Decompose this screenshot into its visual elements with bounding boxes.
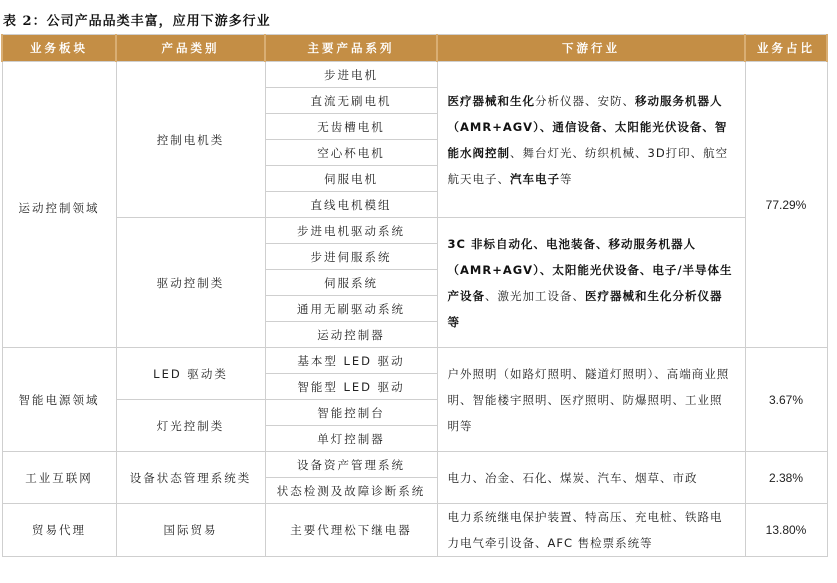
product-cell: 伺服系统	[265, 270, 437, 296]
downstream-cell: 医疗器械和生化分析仪器、安防、移动服务机器人（AMR+AGV）、通信设备、太阳能…	[437, 62, 745, 218]
product-cell: 步进电机	[265, 62, 437, 88]
table-row: 贸易代理 国际贸易 主要代理松下继电器 电力系统继电保护装置、特高压、充电桩、铁…	[2, 504, 827, 557]
segment-cell: 工业互联网	[2, 452, 116, 504]
downstream-cell: 户外照明（如路灯照明、隧道灯照明）、高端商业照明、智能楼宇照明、医疗照明、防爆照…	[437, 348, 745, 452]
product-cell: 步进伺服系统	[265, 244, 437, 270]
share-cell: 3.67%	[745, 348, 827, 452]
category-cell: 控制电机类	[116, 62, 265, 218]
downstream-cell: 电力系统继电保护装置、特高压、充电桩、铁路电力电气牵引设备、AFC 售检票系统等	[437, 504, 745, 557]
table-row: 智能电源领域 LED 驱动类 基本型 LED 驱动 户外照明（如路灯照明、隧道灯…	[2, 348, 827, 374]
table-row: 驱动控制类 步进电机驱动系统 3C 非标自动化、电池装备、移动服务机器人（AMR…	[2, 218, 827, 244]
category-cell: 驱动控制类	[116, 218, 265, 348]
category-cell: 国际贸易	[116, 504, 265, 557]
product-cell: 智能型 LED 驱动	[265, 374, 437, 400]
category-cell: 设备状态管理系统类	[116, 452, 265, 504]
table-title: 表 2：公司产品品类丰富，应用下游多行业	[3, 10, 271, 29]
table-row: 运动控制领域 控制电机类 步进电机 医疗器械和生化分析仪器、安防、移动服务机器人…	[2, 62, 827, 88]
segment-cell: 运动控制领域	[2, 62, 116, 348]
table-row: 工业互联网 设备状态管理系统类 设备资产管理系统 电力、冶金、石化、煤炭、汽车、…	[2, 452, 827, 478]
share-cell: 2.38%	[745, 452, 827, 504]
product-cell: 直流无刷电机	[265, 88, 437, 114]
product-cell: 主要代理松下继电器	[265, 504, 437, 557]
product-cell: 空心杯电机	[265, 140, 437, 166]
segment-cell: 贸易代理	[2, 504, 116, 557]
product-cell: 通用无刷驱动系统	[265, 296, 437, 322]
product-cell: 智能控制台	[265, 400, 437, 426]
category-cell: LED 驱动类	[116, 348, 265, 400]
product-cell: 基本型 LED 驱动	[265, 348, 437, 374]
product-cell: 设备资产管理系统	[265, 452, 437, 478]
header-row: 业务板块 产品类别 主要产品系列 下游行业 业务占比	[2, 35, 827, 62]
product-cell: 步进电机驱动系统	[265, 218, 437, 244]
product-cell: 单灯控制器	[265, 426, 437, 452]
product-cell: 状态检测及故障诊断系统	[265, 478, 437, 504]
header-share: 业务占比	[745, 35, 827, 62]
segment-cell: 智能电源领域	[2, 348, 116, 452]
header-downstream: 下游行业	[437, 35, 745, 62]
share-cell-continued	[745, 218, 827, 348]
product-cell: 无齿槽电机	[265, 114, 437, 140]
category-cell: 灯光控制类	[116, 400, 265, 452]
downstream-cell: 3C 非标自动化、电池装备、移动服务机器人（AMR+AGV）、太阳能光伏设备、电…	[437, 218, 745, 348]
downstream-cell: 电力、冶金、石化、煤炭、汽车、烟草、市政	[437, 452, 745, 504]
header-category: 产品类别	[116, 35, 265, 62]
header-segment: 业务板块	[2, 35, 116, 62]
product-cell: 运动控制器	[265, 322, 437, 348]
share-cell: 13.80%	[745, 504, 827, 557]
product-table: 业务板块 产品类别 主要产品系列 下游行业 业务占比 运动控制领域 控制电机类 …	[1, 34, 828, 557]
product-cell: 伺服电机	[265, 166, 437, 192]
share-cell: 77.29%	[745, 62, 827, 218]
product-cell: 直线电机模组	[265, 192, 437, 218]
header-product-series: 主要产品系列	[265, 35, 437, 62]
